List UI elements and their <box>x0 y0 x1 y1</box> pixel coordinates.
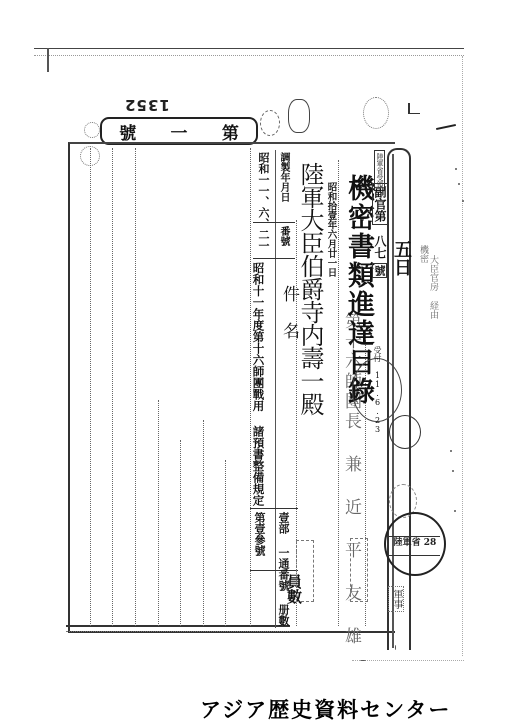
tab-mark: 五日 <box>392 240 410 276</box>
faint-personal-seal-icon <box>350 538 368 602</box>
ruled-line <box>135 148 136 626</box>
tab-number-suffix: 號 <box>372 263 387 278</box>
quantity-note: 第壹參號 <box>254 512 265 556</box>
date-header: 調製年月日 <box>278 152 288 202</box>
receipt-date-stamp-text: 受付 11.6.23 <box>373 346 381 434</box>
binding-note: 壹部 一通番號 册數 <box>278 512 289 626</box>
section-mark: 軍事 <box>388 586 404 612</box>
round-seal-icon <box>260 110 280 136</box>
marginal-note-secret: 機密 <box>418 245 427 263</box>
addressee-date: 昭和拾壹年六月廿一日 <box>326 182 336 277</box>
number-box-char-2: 一 <box>171 119 188 144</box>
ruled-line <box>203 420 204 626</box>
ruled-line <box>250 148 251 626</box>
table-divider <box>250 570 298 571</box>
number-box-char-3: 號 <box>119 119 136 144</box>
item-header: 件 名 <box>280 285 297 339</box>
count-header: 番號 <box>278 226 288 246</box>
receipt-date-stamp: 受付 11.6.23 <box>352 358 402 422</box>
margin-mark <box>408 103 420 114</box>
faint-personal-seal-icon <box>296 540 314 602</box>
ink-speck <box>458 183 460 185</box>
oval-seal-icon <box>288 99 310 133</box>
ruled-line <box>112 148 113 626</box>
ministry-receipt-stamp: 陸軍省 28 <box>384 512 446 576</box>
ink-speck <box>360 660 366 661</box>
item-value: 昭和十一年度第十六師團戰用 諸預書整備規定 <box>252 262 264 507</box>
paper-top-edge <box>34 48 464 56</box>
tab-number: 八七 <box>374 235 386 259</box>
ruled-line <box>225 460 226 626</box>
ruled-line <box>90 148 91 626</box>
serial-number: 1352 <box>124 96 170 114</box>
table-divider <box>250 508 298 509</box>
faint-seal-icon <box>363 97 389 129</box>
form-bottom-border <box>66 625 290 632</box>
document-number-box: 第 一 號 <box>100 117 258 145</box>
ink-speck <box>462 200 464 202</box>
small-seal-icon <box>84 122 100 138</box>
stamp-divider <box>386 536 440 537</box>
ink-speck <box>454 510 456 512</box>
ink-speck <box>455 168 457 170</box>
ruled-line <box>180 440 181 626</box>
table-divider <box>253 258 295 259</box>
round-seal-icon <box>389 415 421 449</box>
ministry-receipt-stamp-text: 陸軍省 28 <box>394 538 437 550</box>
paper-left-fold <box>47 48 49 72</box>
ruled-line <box>158 400 159 626</box>
addressee-name: 陸軍大臣伯爵寺内壽一殿 <box>298 162 322 415</box>
ruled-line <box>338 160 339 626</box>
margin-stroke <box>436 124 456 130</box>
number-box-char-1: 第 <box>222 119 239 144</box>
ink-speck <box>450 450 452 452</box>
marginal-note-route: 大臣官房 経由 <box>428 255 437 319</box>
date-value: 昭和一一、六、二一 <box>258 152 269 251</box>
archive-watermark: アジア歴史資料センター <box>200 694 451 723</box>
paper-right-edge <box>462 56 464 656</box>
stamp-divider <box>386 555 440 556</box>
tab-subcategory: 副官第 <box>372 183 388 225</box>
ink-speck <box>452 470 454 472</box>
paper-bottom-edge <box>352 660 464 662</box>
ink-speck <box>395 645 396 650</box>
scanned-document-page: 1352 第 一 號 調製年月日 昭和一一、六、二一 番號 件 名 昭和十一年度… <box>0 0 512 723</box>
